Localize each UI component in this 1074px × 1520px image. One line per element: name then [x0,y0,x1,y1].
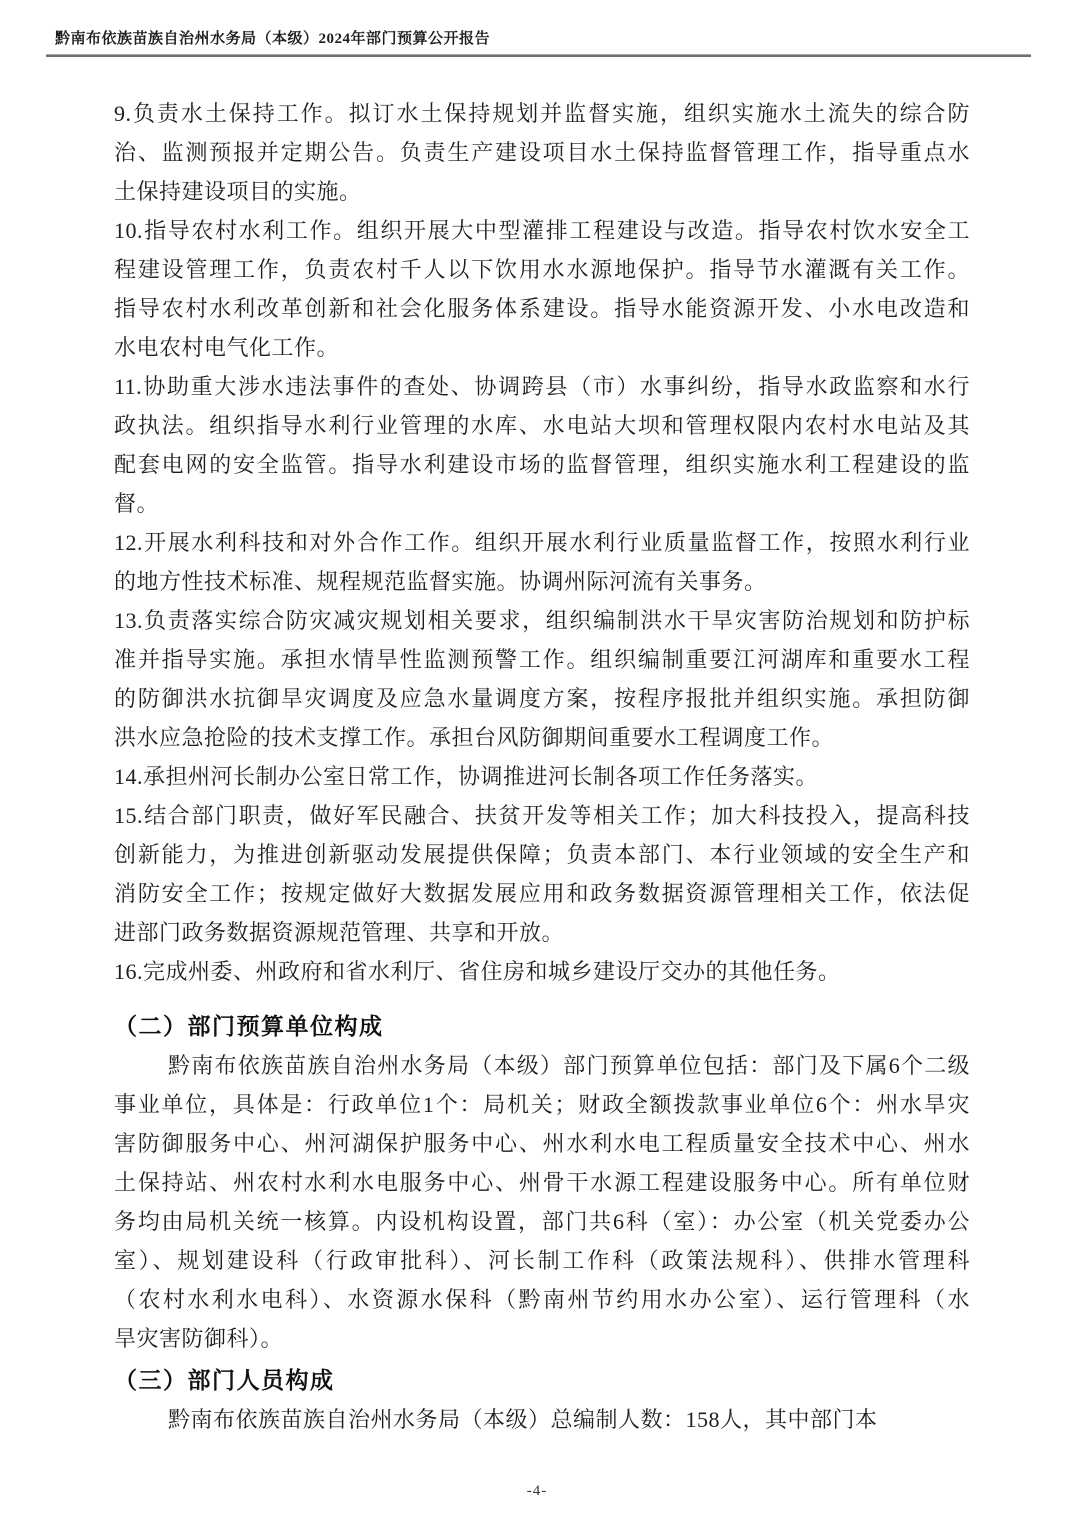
text-line: 黔南布依族苗族自治州水务局（本级）部门预算单位包括：部门及下属6个二级 [114,1046,970,1085]
text-line: 室）、规划建设科（行政审批科）、河长制工作科（政策法规科）、供排水管理科 [114,1241,970,1280]
text-line: 创新能力，为推进创新驱动发展提供保障；负责本部门、本行业领域的安全生产和 [114,835,970,874]
text-line: 洪水应急抢险的技术支撑工作。承担台风防御期间重要水工程调度工作。 [114,718,970,757]
numbered-item: 13.负责落实综合防灾减灾规划相关要求，组织编制洪水干旱灾害防治规划和防护标准并… [114,601,970,757]
text-line: 害防御服务中心、州河湖保护服务中心、州水利水电工程质量安全技术中心、州水 [114,1124,970,1163]
text-line: 指导农村水利改革创新和社会化服务体系建设。指导水能资源开发、小水电改造和 [114,289,970,328]
text-line: （农村水利水电科）、水资源水保科（黔南州节约用水办公室）、运行管理科（水 [114,1280,970,1319]
text-line: 12.开展水利科技和对外合作工作。组织开展水利行业质量监督工作，按照水利行业 [114,523,970,562]
text-line: 政执法。组织指导水利行业管理的水库、水电站大坝和管理权限内农村水电站及其 [114,406,970,445]
text-line: 的地方性技术标准、规程规范监督实施。协调州际河流有关事务。 [114,562,970,601]
numbered-item: 16.完成州委、州政府和省水利厅、省住房和城乡建设厅交办的其他任务。 [114,952,970,991]
text-line: 15.结合部门职责，做好军民融合、扶贫开发等相关工作；加大科技投入，提高科技 [114,796,970,835]
text-line: 准并指导实施。承担水情旱性监测预警工作。组织编制重要江河湖库和重要水工程 [114,640,970,679]
body-paragraph: 黔南布依族苗族自治州水务局（本级）总编制人数：158人，其中部门本 [114,1400,970,1439]
text-line: 配套电网的安全监管。指导水利建设市场的监督管理，组织实施水利工程建设的监 [114,445,970,484]
header-rule [46,54,1031,57]
text-line: 治、监测预报并定期公告。负责生产建设项目水土保持监督管理工作，指导重点水 [114,133,970,172]
text-line: 的防御洪水抗御旱灾调度及应急水量调度方案，按程序报批并组织实施。承担防御 [114,679,970,718]
text-line: 9.负责水土保持工作。拟订水土保持规划并监督实施，组织实施水土流失的综合防 [114,94,970,133]
section-heading: （二）部门预算单位构成 [114,1007,970,1046]
document-body: 9.负责水土保持工作。拟订水土保持规划并监督实施，组织实施水土流失的综合防治、监… [114,94,970,1439]
text-line: 水电农村电气化工作。 [114,328,970,367]
text-line: 10.指导农村水利工作。组织开展大中型灌排工程建设与改造。指导农村饮水安全工 [114,211,970,250]
text-line: 土保持建设项目的实施。 [114,172,970,211]
text-line: 旱灾害防御科）。 [114,1319,970,1358]
numbered-item: 11.协助重大涉水违法事件的查处、协调跨县（市）水事纠纷，指导水政监察和水行政执… [114,367,970,523]
numbered-item: 12.开展水利科技和对外合作工作。组织开展水利行业质量监督工作，按照水利行业的地… [114,523,970,601]
text-line: 务均由局机关统一核算。内设机构设置，部门共6科（室）：办公室（机关党委办公 [114,1202,970,1241]
text-line: 督。 [114,484,970,523]
document-header-title: 黔南布依族苗族自治州水务局（本级）2024年部门预算公开报告 [55,27,490,48]
text-line: 程建设管理工作，负责农村千人以下饮用水水源地保护。指导节水灌溉有关工作。 [114,250,970,289]
body-paragraph: 黔南布依族苗族自治州水务局（本级）部门预算单位包括：部门及下属6个二级事业单位，… [114,1046,970,1358]
text-line: 14.承担州河长制办公室日常工作，协调推进河长制各项工作任务落实。 [114,757,970,796]
numbered-item: 9.负责水土保持工作。拟订水土保持规划并监督实施，组织实施水土流失的综合防治、监… [114,94,970,211]
text-line: 事业单位，具体是：行政单位1个：局机关；财政全额拨款事业单位6个：州水旱灾 [114,1085,970,1124]
text-line: 13.负责落实综合防灾减灾规划相关要求，组织编制洪水干旱灾害防治规划和防护标 [114,601,970,640]
text-line: 消防安全工作；按规定做好大数据发展应用和政务数据资源管理相关工作，依法促 [114,874,970,913]
numbered-item: 15.结合部门职责，做好军民融合、扶贫开发等相关工作；加大科技投入，提高科技创新… [114,796,970,952]
numbered-item: 14.承担州河长制办公室日常工作，协调推进河长制各项工作任务落实。 [114,757,970,796]
text-line: 黔南布依族苗族自治州水务局（本级）总编制人数：158人，其中部门本 [114,1400,970,1439]
text-line: 土保持站、州农村水利水电服务中心、州骨干水源工程建设服务中心。所有单位财 [114,1163,970,1202]
section-heading: （三）部门人员构成 [114,1361,970,1400]
text-line: 进部门政务数据资源规范管理、共享和开放。 [114,913,970,952]
numbered-item: 10.指导农村水利工作。组织开展大中型灌排工程建设与改造。指导农村饮水安全工程建… [114,211,970,367]
text-line: 16.完成州委、州政府和省水利厅、省住房和城乡建设厅交办的其他任务。 [114,952,970,991]
page-number: -4- [0,1483,1074,1500]
text-line: 11.协助重大涉水违法事件的查处、协调跨县（市）水事纠纷，指导水政监察和水行 [114,367,970,406]
document-page: 黔南布依族苗族自治州水务局（本级）2024年部门预算公开报告 9.负责水土保持工… [0,0,1074,1520]
